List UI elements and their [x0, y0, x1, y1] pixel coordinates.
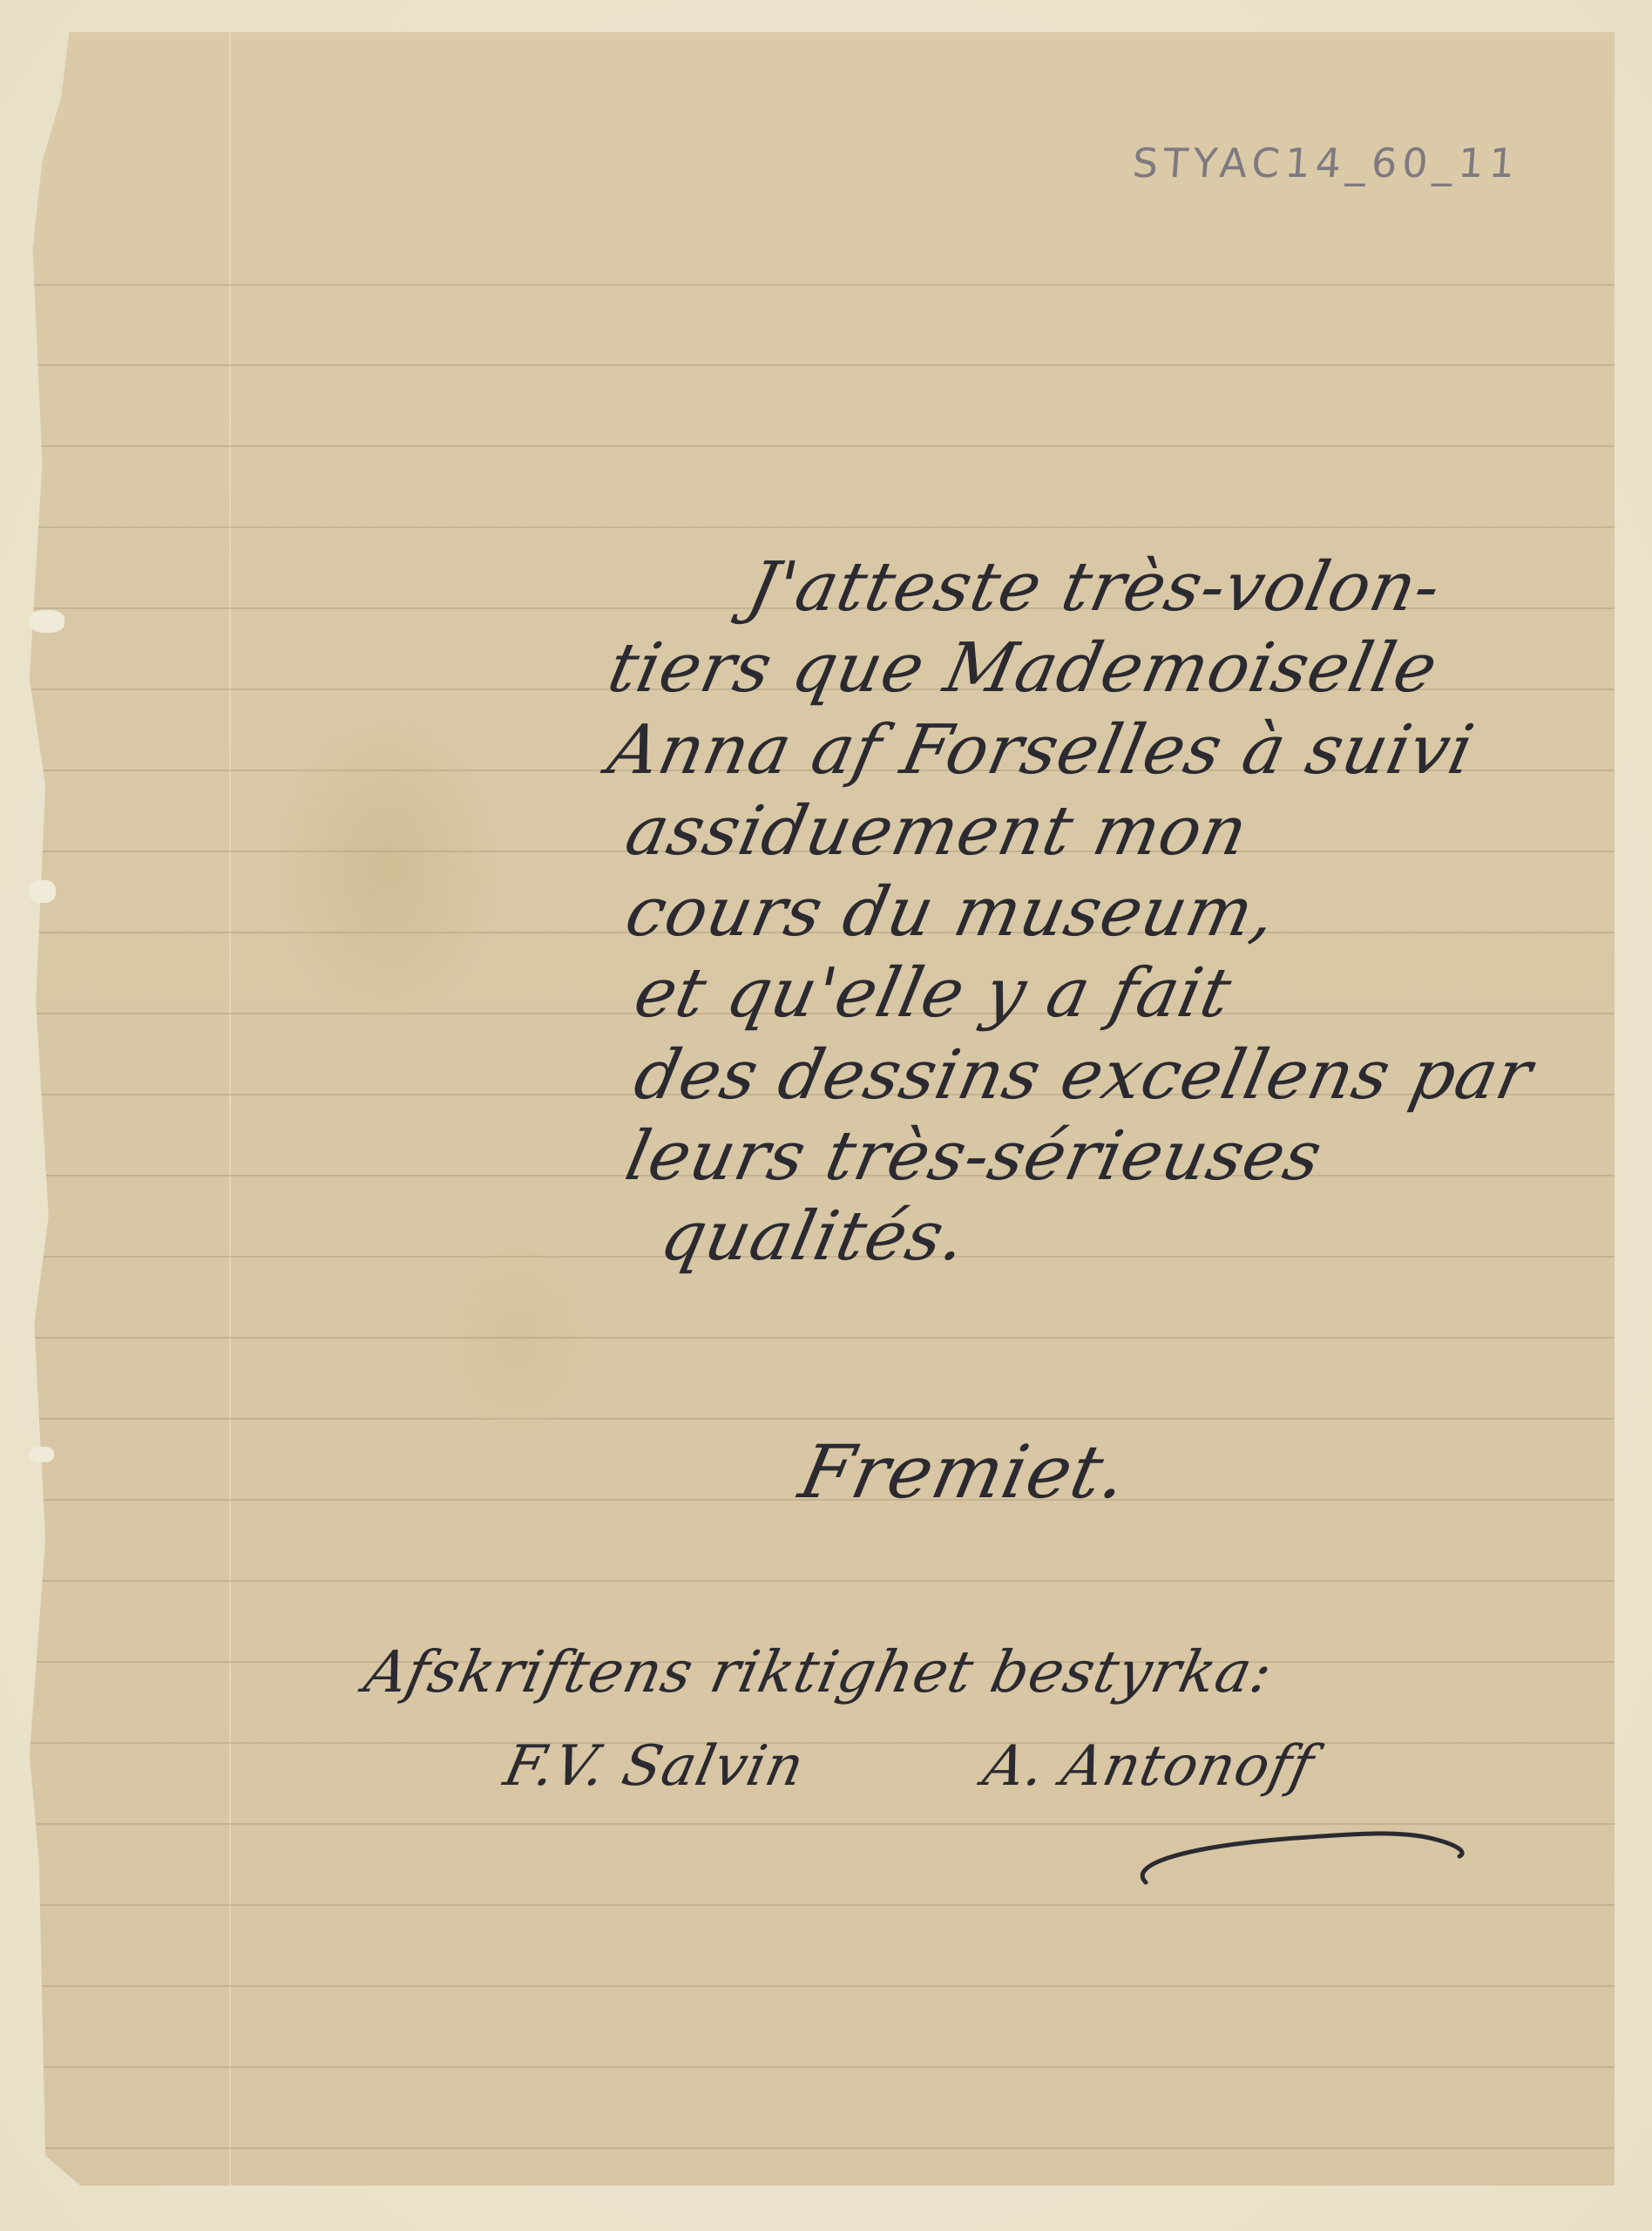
letter-line-8: leurs très-sérieuses	[620, 1122, 1328, 1190]
ruled-line	[30, 1742, 1615, 1744]
letter-line-5: cours du museum,	[620, 878, 1283, 946]
letter-line-9: qualités.	[655, 1203, 972, 1271]
letter-line-2: tiers que Mademoiselle	[603, 634, 1444, 702]
torn-edge	[30, 1447, 54, 1462]
torn-edge	[30, 610, 64, 633]
letter-line-1: J'atteste très-volon-	[742, 553, 1447, 621]
letter-line-6: et qu'elle y a fait	[629, 960, 1237, 1027]
ruled-line	[30, 1580, 1615, 1582]
vertical-fold-line	[229, 32, 231, 2186]
ruled-line	[30, 526, 1615, 528]
signatory-2: A. Antonoff	[978, 1734, 1319, 1799]
torn-edge	[30, 880, 56, 903]
signatory-1: F.V. Salvin	[498, 1734, 810, 1799]
letter-line-4: assiduement mon	[620, 797, 1254, 865]
ruled-line	[30, 445, 1615, 447]
certification-statement: Afskriftens riktighet bestyrka:	[359, 1638, 1279, 1705]
ruled-line	[30, 364, 1615, 366]
ruled-line	[30, 2147, 1615, 2149]
archive-reference-number: STYAC14_60_11	[1131, 139, 1521, 186]
ruled-line	[30, 1418, 1615, 1420]
ruled-line	[30, 284, 1615, 286]
ruled-line	[30, 2066, 1615, 2068]
signature-flourish-icon	[1111, 1813, 1477, 1891]
letter-line-3: Anna af Forselles à suivi	[603, 716, 1480, 784]
ruled-line	[30, 1985, 1615, 1987]
ruled-line	[30, 1904, 1615, 1906]
letter-line-7: des dessins excellens par	[629, 1041, 1538, 1109]
ruled-line	[30, 1337, 1615, 1339]
author-signature: Fremiet.	[793, 1429, 1136, 1515]
